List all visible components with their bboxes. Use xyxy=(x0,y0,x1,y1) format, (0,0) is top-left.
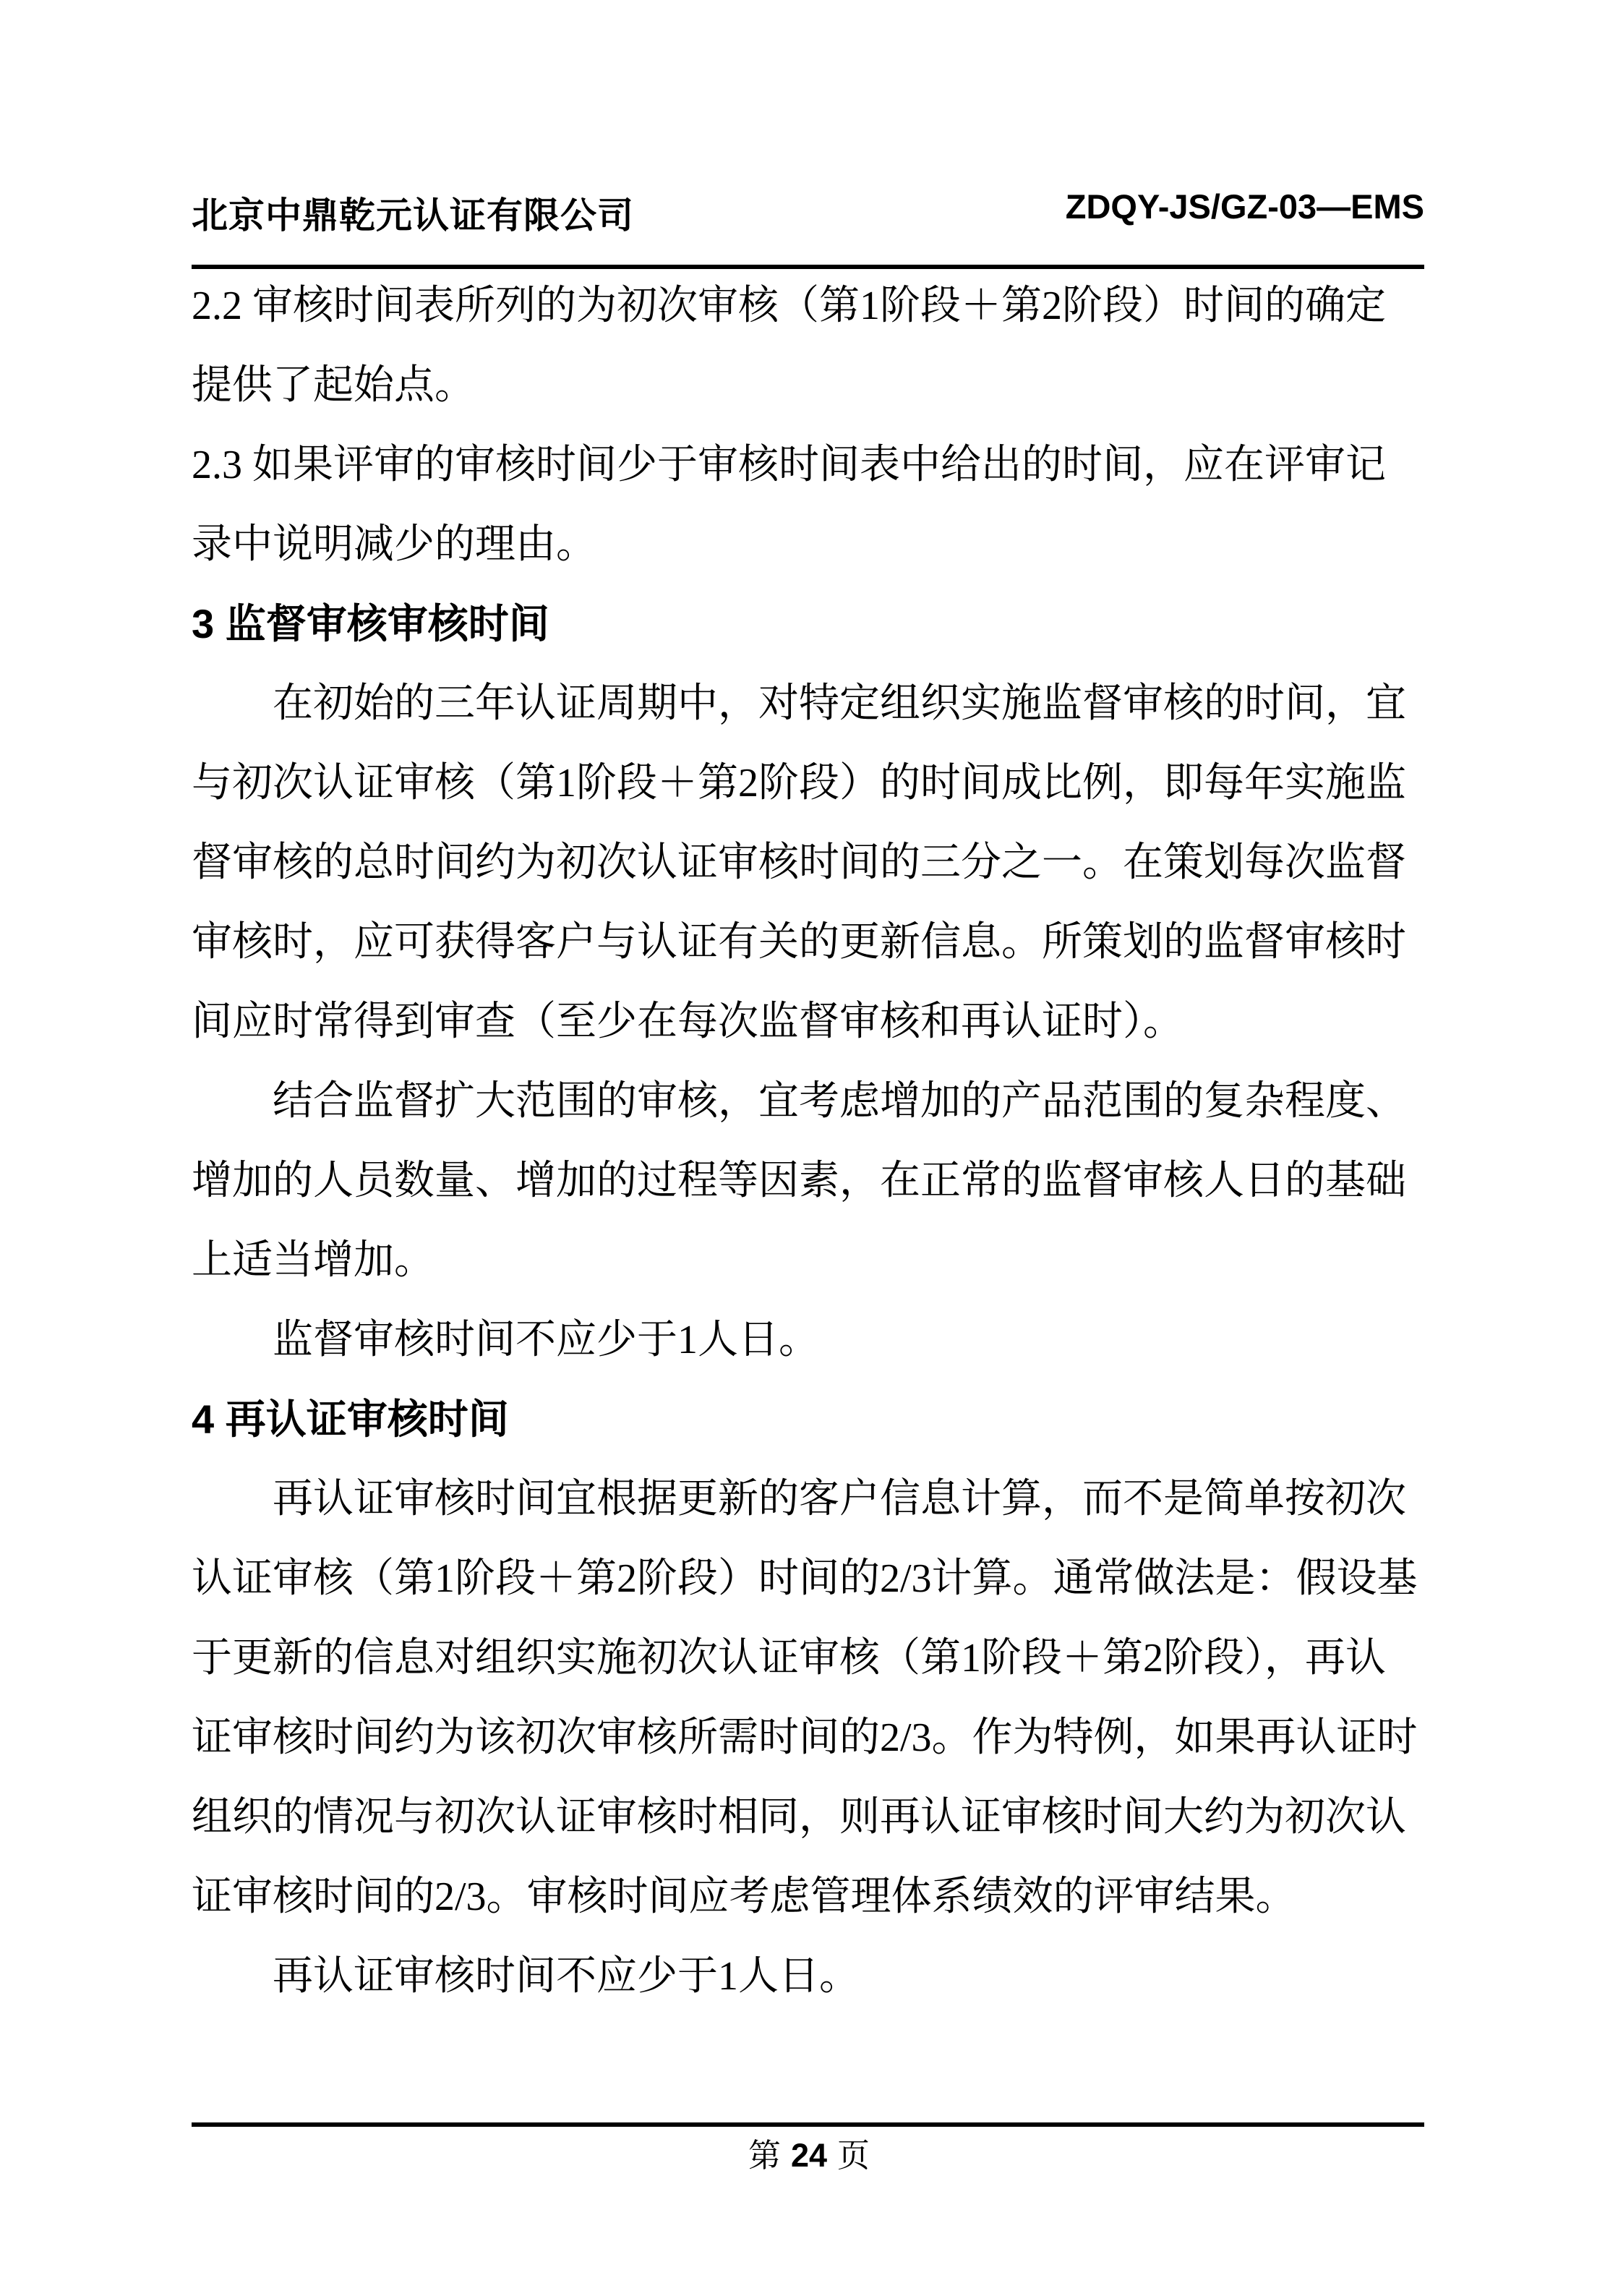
text-line: 于更新的信息对组织实施初次认证审核（第1阶段＋第2阶段），再认 xyxy=(192,1618,1424,1698)
text-line: 证审核时间的2/3。审核时间应考虑管理体系绩效的评审结果。 xyxy=(192,1857,1424,1937)
text-line: 督审核的总时间约为初次认证审核时间的三分之一。在策划每次监督 xyxy=(192,823,1424,902)
text-line: 2.2 审核时间表所列的为初次审核（第1阶段＋第2阶段）时间的确定 xyxy=(192,266,1424,346)
text-line: 提供了起始点。 xyxy=(192,346,1424,425)
page-number: 24 xyxy=(791,2137,827,2175)
text-line: 审核时，应可获得客户与认证有关的更新信息。所策划的监督审核时 xyxy=(192,902,1424,982)
page-header: 北京中鼎乾元认证有限公司 ZDQY-JS/GZ-03—EMS xyxy=(192,187,1424,239)
text-line: 录中说明减少的理由。 xyxy=(192,505,1424,584)
section-heading-3: 3 监督审核审核时间 xyxy=(192,584,1424,664)
text-line: 增加的人员数量、增加的过程等因素，在正常的监督审核人日的基础 xyxy=(192,1141,1424,1221)
text-line: 在初始的三年认证周期中，对特定组织实施监督审核的时间，宜 xyxy=(192,664,1424,743)
text-line: 证审核时间约为该初次审核所需时间的2/3。作为特例，如果再认证时 xyxy=(192,1698,1424,1778)
text-line: 组织的情况与初次认证审核时相同，则再认证审核时间大约为初次认 xyxy=(192,1778,1424,1857)
company-name: 北京中鼎乾元认证有限公司 xyxy=(192,187,634,239)
document-body: 2.2 审核时间表所列的为初次审核（第1阶段＋第2阶段）时间的确定 提供了起始点… xyxy=(192,266,1424,2016)
section-heading-4: 4 再认证审核时间 xyxy=(192,1380,1424,1459)
text-line: 再认证审核时间宜根据更新的客户信息计算，而不是简单按初次 xyxy=(192,1459,1424,1539)
footer-rule xyxy=(192,2122,1424,2127)
text-line: 再认证审核时间不应少于1人日。 xyxy=(192,1937,1424,2016)
text-line: 结合监督扩大范围的审核，宜考虑增加的产品范围的复杂程度、 xyxy=(192,1062,1424,1141)
text-line: 与初次认证审核（第1阶段＋第2阶段）的时间成比例，即每年实施监 xyxy=(192,743,1424,823)
page-number-suffix: 页 xyxy=(837,2129,870,2176)
text-line: 认证审核（第1阶段＋第2阶段）时间的2/3计算。通常做法是：假设基 xyxy=(192,1539,1424,1618)
document-page: 北京中鼎乾元认证有限公司 ZDQY-JS/GZ-03—EMS 2.2 审核时间表… xyxy=(0,0,1618,2296)
text-line: 上适当增加。 xyxy=(192,1221,1424,1300)
page-footer: 第 24 页 xyxy=(0,2129,1618,2176)
document-code: ZDQY-JS/GZ-03—EMS xyxy=(1066,187,1424,226)
text-line: 2.3 如果评审的审核时间少于审核时间表中给出的时间，应在评审记 xyxy=(192,425,1424,505)
page-number-prefix: 第 xyxy=(748,2129,781,2176)
text-line: 监督审核时间不应少于1人日。 xyxy=(192,1300,1424,1380)
text-line: 间应时常得到审查（至少在每次监督审核和再认证时）。 xyxy=(192,982,1424,1062)
